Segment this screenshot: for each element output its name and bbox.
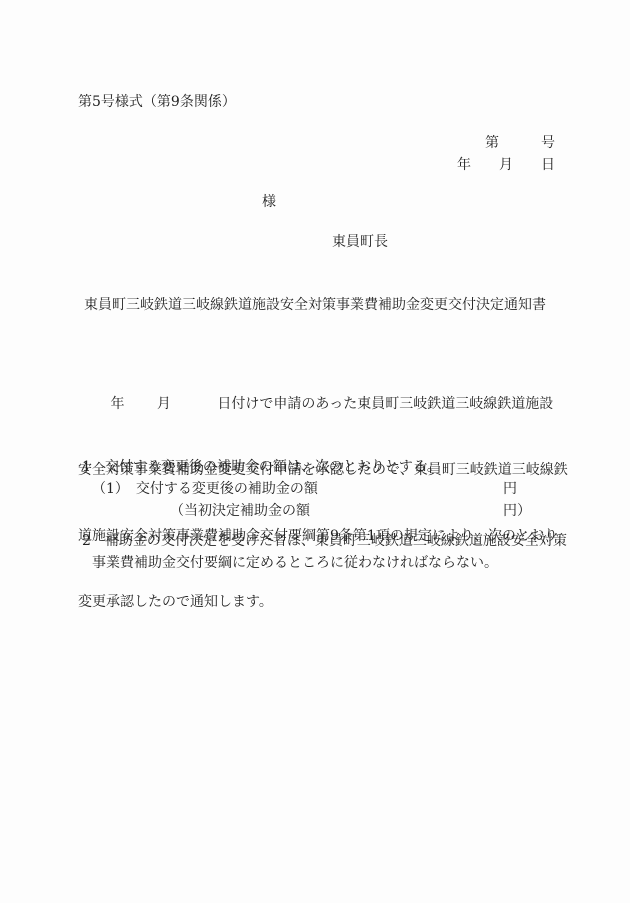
body-line-4: 変更承認したので通知します。 — [78, 591, 568, 613]
date-line: 年 月 日 — [457, 154, 555, 176]
form-label: 第5号様式（第9条関係） — [78, 91, 236, 113]
item-1-sub-1-amount-unit: 円 — [503, 478, 517, 500]
item-2-line-1: 2 補助金の交付決定を受けた者は、東員町三岐鉄道三岐線鉄道施設安全対策 — [82, 530, 567, 552]
body-line-1: 年 月 日付けで申請のあった東員町三岐鉄道三岐線鉄道施設 — [78, 393, 568, 415]
body-paragraph: 年 月 日付けで申請のあった東員町三岐鉄道三岐線鉄道施設 安全対策事業費補助金変… — [78, 349, 568, 657]
recipient-suffix: 様 — [262, 191, 276, 213]
item-1-sub-1-label: （1） 交付する変更後の補助金の額 — [92, 478, 318, 500]
document-number-line: 第 号 — [485, 132, 555, 154]
sender-title: 東員町長 — [332, 231, 388, 253]
item-1-heading: 1 交付する変更後の補助金の額は、次のとおりとする。 — [82, 456, 441, 478]
item-1-sub-2-label: （当初決定補助金の額 — [170, 500, 310, 522]
item-1-sub-2-amount-unit: 円） — [503, 500, 531, 522]
document-page: 第5号様式（第9条関係） 第 号 年 月 日 様 東員町長 東員町三岐鉄道三岐線… — [0, 0, 630, 903]
item-2-line-2: 事業費補助金交付要綱に定めるところに従わなければならない。 — [92, 552, 498, 574]
document-title: 東員町三岐鉄道三岐線鉄道施設安全対策事業費補助金変更交付決定通知書 — [84, 294, 546, 316]
